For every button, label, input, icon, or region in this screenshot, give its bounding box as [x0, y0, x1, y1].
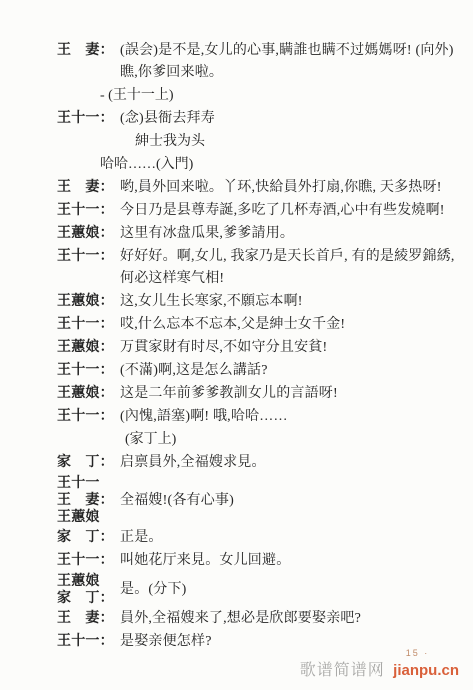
dialogue-line: 王 妻： 員外,全福嫂来了,想必是欣郎要娶亲吧? — [57, 608, 457, 630]
speaker-name: 家 丁： — [57, 527, 115, 549]
verse-line: 紳士我为头 — [135, 131, 457, 153]
speaker-name: 王十一： — [57, 550, 115, 572]
stage-direction: (家丁上) — [125, 429, 457, 451]
group-colon: ： — [100, 493, 114, 508]
speaker-name: 王十一： — [57, 314, 115, 336]
dialogue-line: 王蕙娘： 这里有冰盘瓜果,爹爹請用。 — [57, 223, 457, 245]
group-speaker-name: 王 妻 — [57, 493, 100, 508]
dialogue-line: 王十一： 今日乃是县尊寿誕,多吃了几杯寿酒,心中有些发燒啊! — [57, 200, 457, 222]
dialogue-text: 这,女儿生长寒家,不願忘本啊! — [120, 291, 457, 313]
dialogue-text: 哎,什么忘本不忘本,父是紳士女千金! — [120, 314, 457, 336]
dialogue-text: 正是。 — [120, 527, 457, 549]
speaker-group: 王蕙娘 家 丁： — [57, 573, 115, 607]
dialogue-line: 家 丁： 启禀員外,全福嫂求見。 — [57, 452, 457, 474]
dialogue-text: 哟,員外回来啦。丫环,快給員外打扇,你瞧, 天多热呀! — [120, 177, 457, 199]
speaker-name: 王十一： — [57, 246, 115, 268]
script-content: 王 妻： (誤会)是不是,女儿的心事,瞒誰也瞒不过媽媽呀! (向外)瞧,你爹回来… — [57, 40, 457, 654]
group-colon: ： — [100, 591, 114, 606]
page-number: 15 · — [406, 648, 430, 658]
watermark-site-name: 歌谱简谱网 — [300, 662, 385, 679]
verse-line: 哈哈……(入門) — [100, 154, 457, 176]
group-speaker-name: 王蕙娘 — [57, 574, 100, 589]
dialogue-line: 王蕙娘： 这,女儿生长寒家,不願忘本啊! — [57, 291, 457, 313]
group-speaker: 王十一 — [57, 475, 115, 492]
dialogue-line: 王 妻： 哟,員外回来啦。丫环,快給員外打扇,你瞧, 天多热呀! — [57, 177, 457, 199]
speaker-name: 王蕙娘： — [57, 383, 115, 405]
group-speaker: 家 丁： — [57, 590, 115, 607]
dialogue-text: (內愧,語塞)啊! 哦,哈哈…… — [120, 406, 457, 428]
speaker-name: 王十一： — [57, 406, 115, 428]
dialogue-line: 王十一： 是娶亲便怎样? — [57, 631, 457, 653]
dialogue-text: 好好好。啊,女儿, 我家乃是天长首戶, 有的是綾罗錦綉,何必这样寒气相! — [120, 246, 457, 290]
group-speaker-name: 王十一 — [57, 476, 100, 491]
dialogue-text: 这里有冰盘瓜果,爹爹請用。 — [120, 223, 457, 245]
speaker-name: 王蕙娘： — [57, 337, 115, 359]
group-speaker: 王 妻： — [57, 492, 115, 509]
speaker-name: 王十一： — [57, 360, 115, 382]
speaker-name: 王十一： — [57, 108, 115, 130]
dialogue-text: 今日乃是县尊寿誕,多吃了几杯寿酒,心中有些发燒啊! — [120, 200, 457, 222]
dialogue-text: (不滿)啊,这是怎么講話? — [120, 360, 457, 382]
dialogue-text: 全福嫂!(各有心事) — [120, 490, 457, 512]
watermark: 15 · 歌谱简谱网 jianpu.cn — [300, 657, 459, 680]
group-speaker: 王蕙娘 — [57, 509, 115, 526]
dialogue-line: 王十一： 好好好。啊,女儿, 我家乃是天长首戶, 有的是綾罗錦綉,何必这样寒气相… — [57, 246, 457, 290]
dialogue-line: 家 丁： 正是。 — [57, 527, 457, 549]
dialogue-line: 王十一： 叫她花厅来見。女儿回避。 — [57, 550, 457, 572]
dialogue-line: 王十一： 哎,什么忘本不忘本,父是紳士女千金! — [57, 314, 457, 336]
speaker-name: 王 妻： — [57, 40, 115, 62]
dialogue-text: (誤会)是不是,女儿的心事,瞒誰也瞒不过媽媽呀! (向外)瞧,你爹回来啦。 — [120, 40, 457, 84]
dialogue-text: 这是二年前爹爹教訓女儿的言語呀! — [120, 383, 457, 405]
speaker-name: 王十一： — [57, 631, 115, 653]
dialogue-text: 启禀員外,全福嫂求見。 — [120, 452, 457, 474]
group-speaker: 王蕙娘 — [57, 573, 115, 590]
speaker-group-line: 王蕙娘 家 丁： 是。(分下) — [57, 573, 457, 607]
dialogue-line: 王十一： (不滿)啊,这是怎么講話? — [57, 360, 457, 382]
dialogue-text: (念)县衙去拜寿 — [120, 108, 457, 130]
group-speaker-name: 家 丁 — [57, 591, 100, 606]
speaker-name: 王十一： — [57, 200, 115, 222]
dialogue-text: 是。(分下) — [120, 579, 457, 601]
speaker-group: 王十一 王 妻： 王蕙娘 — [57, 475, 115, 526]
watermark-site-url: jianpu.cn — [393, 662, 459, 679]
dialogue-text: 叫她花厅来見。女儿回避。 — [120, 550, 457, 572]
stage-direction: - (王十一上) — [100, 85, 457, 107]
script-page: 王 妻： (誤会)是不是,女儿的心事,瞒誰也瞒不过媽媽呀! (向外)瞧,你爹回来… — [0, 0, 473, 690]
speaker-name: 王 妻： — [57, 608, 115, 630]
dialogue-line: 王蕙娘： 这是二年前爹爹教訓女儿的言語呀! — [57, 383, 457, 405]
speaker-name: 王 妻： — [57, 177, 115, 199]
speaker-group-line: 王十一 王 妻： 王蕙娘 全福嫂!(各有心事) — [57, 475, 457, 526]
dialogue-line: 王十一： (念)县衙去拜寿 — [57, 108, 457, 130]
dialogue-line: 王 妻： (誤会)是不是,女儿的心事,瞒誰也瞒不过媽媽呀! (向外)瞧,你爹回来… — [57, 40, 457, 84]
group-speaker-name: 王蕙娘 — [57, 510, 100, 525]
dialogue-text: 員外,全福嫂来了,想必是欣郎要娶亲吧? — [120, 608, 457, 630]
dialogue-line: 王十一： (內愧,語塞)啊! 哦,哈哈…… — [57, 406, 457, 428]
speaker-name: 家 丁： — [57, 452, 115, 474]
speaker-name: 王蕙娘： — [57, 291, 115, 313]
dialogue-line: 王蕙娘： 万貫家財有时尽,不如守分且安貧! — [57, 337, 457, 359]
dialogue-text: 万貫家財有时尽,不如守分且安貧! — [120, 337, 457, 359]
speaker-name: 王蕙娘： — [57, 223, 115, 245]
